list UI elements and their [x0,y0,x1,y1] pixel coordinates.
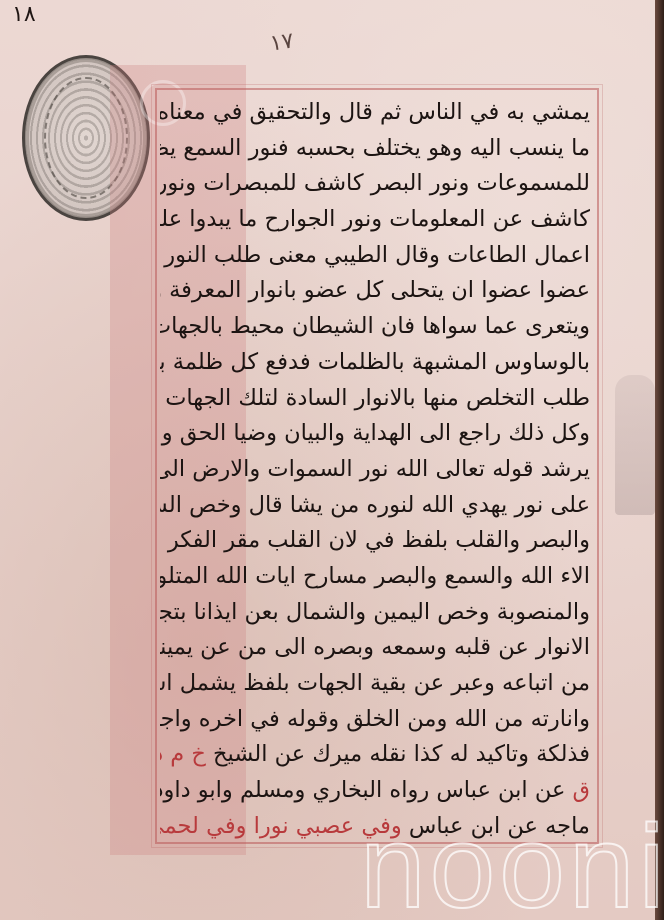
watermark-brand-text: noonir [360,808,664,920]
line-text: ويتعرى عما سواها فان الشيطان محيط بالجها… [160,313,590,339]
text-line: ما ينسب اليه وهو يختلف بحسبه فنور السمع … [160,131,590,167]
line-text: والبصر والقلب بلفظ في لان القلب مقر الفك… [160,527,590,553]
text-line: والبصر والقلب بلفظ في لان القلب مقر الفك… [160,523,590,559]
text-line: اعمال الطاعات وقال الطيبي معنى طلب النور… [160,238,590,274]
text-line: الانوار عن قلبه وسمعه وبصره الى من عن يم… [160,630,590,666]
line-text: وكل ذلك راجع الى الهداية والبيان وضيا ال… [160,420,590,446]
line-text: اعمال الطاعات وقال الطيبي معنى طلب النور… [160,242,590,268]
line-text: يمشي به في الناس ثم قال والتحقيق في معنا… [160,99,590,125]
line-text: كاشف عن المعلومات ونور الجوارح ما يبدوا … [160,206,590,232]
text-line: كاشف عن المعلومات ونور الجوارح ما يبدوا … [160,202,590,238]
line-text: والمنصوبة وخص اليمين والشمال بعن ايذانا … [160,599,590,625]
text-line: الاء الله والسمع والبصر مسارح ايات الله … [160,559,590,595]
text-line: عضوا عضوا ان يتحلى كل عضو بانوار المعرفة… [160,273,590,309]
line-text: طلب التخلص منها بالانوار السادة لتلك الج… [160,385,590,411]
text-line: وكل ذلك راجع الى الهداية والبيان وضيا ال… [160,416,590,452]
text-line: من اتباعه وعبر عن بقية الجهات بلفظ يشمل … [160,666,590,702]
line-text: على نور يهدي الله لنوره من يشا قال وخص ا… [160,492,590,518]
text-line: يمشي به في الناس ثم قال والتحقيق في معنا… [160,95,590,131]
text-line: على نور يهدي الله لنوره من يشا قال وخص ا… [160,488,590,524]
binding-edge [655,0,664,920]
line-text: ما ينسب اليه وهو يختلف بحسبه فنور السمع … [160,135,590,161]
bleedthrough-arch [615,375,655,515]
line-text: الانوار عن قلبه وسمعه وبصره الى من عن يم… [160,634,590,660]
line-text: وانارته من الله ومن الخلق وقوله في اخره … [160,706,590,732]
text-line: للمسموعات ونور البصر كاشف للمبصرات ونور … [160,166,590,202]
line-text: فذلكة وتاكيد له كذا نقله ميرك عن الشيخ [213,741,590,767]
line-text: للمسموعات ونور البصر كاشف للمبصرات ونور … [160,170,590,196]
line-text: بالوساوس المشبهة بالظلمات فدفع كل ظلمة ب… [160,349,590,375]
text-line: فذلكة وتاكيد له كذا نقله ميرك عن الشيخ خ… [160,737,590,773]
line-text: من اتباعه وعبر عن بقية الجهات بلفظ يشمل … [160,670,590,696]
text-line: ويتعرى عما سواها فان الشيطان محيط بالجها… [160,309,590,345]
line-text: يرشد قوله تعالى الله نور السموات والارض … [160,456,590,482]
text-line: بالوساوس المشبهة بالظلمات فدفع كل ظلمة ب… [160,345,590,381]
text-line: وانارته من الله ومن الخلق وقوله في اخره … [160,702,590,738]
line-text: الاء الله والسمع والبصر مسارح ايات الله … [160,563,590,589]
line-text: عضوا عضوا ان يتحلى كل عضو بانوار المعرفة… [160,277,590,303]
line-text: عن ابن عباس رواه البخاري ومسلم وابو داود… [160,777,565,803]
folio-number: ١٧ [268,28,295,56]
rubric-sigla: ق [573,777,590,803]
text-line: والمنصوبة وخص اليمين والشمال بعن ايذانا … [160,595,590,631]
manuscript-text: يمشي به في الناس ثم قال والتحقيق في معنا… [160,95,590,844]
text-line: طلب التخلص منها بالانوار السادة لتلك الج… [160,381,590,417]
rubric-sigla: خ م د ت [160,741,206,767]
leaf-number: ١٨ [12,2,36,27]
text-line: يرشد قوله تعالى الله نور السموات والارض … [160,452,590,488]
